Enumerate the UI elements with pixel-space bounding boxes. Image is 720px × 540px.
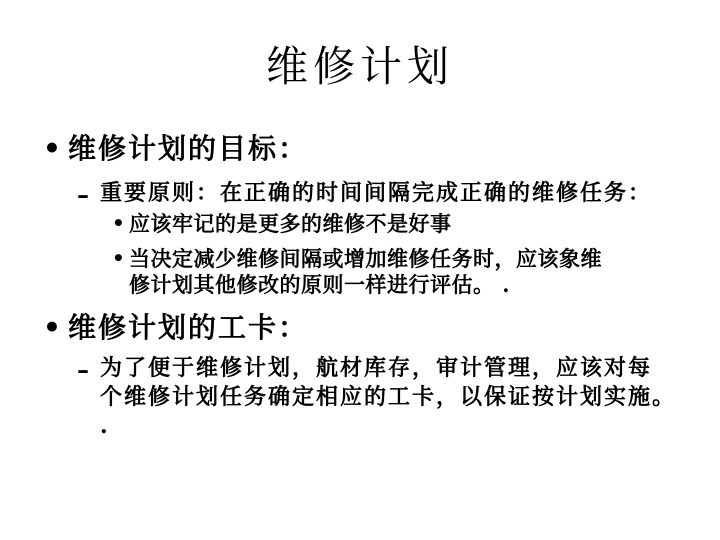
sub-bullet-dot-icon: • [112, 211, 129, 236]
goals-heading: 维修计划的目标： [68, 131, 308, 166]
bullet-item-point-1: • 应该牢记的是更多的维修不是好事 [112, 211, 715, 237]
bullet-item-point-2: • 当决定减少维修间隔或增加维修任务时，应该象维 修计划其他修改的原则一样进行评… [112, 246, 715, 299]
dash-bullet-icon: – [77, 354, 100, 386]
bullet-dot-icon: • [43, 310, 68, 345]
presentation-slide: 维修计划 • 维修计划的目标： – 重要原则：在正确的时间间隔完成正确的维修任务… [0, 0, 720, 540]
principle-text: 重要原则：在正确的时间间隔完成正确的维修任务： [100, 179, 712, 208]
bullet-item-workcards-detail: – 为了便于维修计划，航材库存，审计管理，应该对每 个维修计划任务确定相应的工卡… [77, 354, 712, 441]
bullet-dot-icon: • [43, 131, 68, 166]
workcards-detail-text: 为了便于维修计划，航材库存，审计管理，应该对每 个维修计划任务确定相应的工卡，以… [100, 354, 712, 441]
bullet-item-goals: • 维修计划的目标： [43, 131, 308, 166]
point-1-text: 应该牢记的是更多的维修不是好事 [129, 211, 715, 237]
sub-bullet-dot-icon: • [112, 246, 129, 271]
bullet-item-workcards: • 维修计划的工卡： [43, 310, 308, 345]
dash-bullet-icon: – [77, 179, 100, 211]
bullet-item-principle: – 重要原则：在正确的时间间隔完成正确的维修任务： [77, 179, 712, 211]
workcards-heading: 维修计划的工卡： [68, 310, 308, 345]
slide-title: 维修计划 [0, 42, 720, 92]
point-2-text: 当决定减少维修间隔或增加维修任务时，应该象维 修计划其他修改的原则一样进行评估。… [129, 246, 715, 299]
